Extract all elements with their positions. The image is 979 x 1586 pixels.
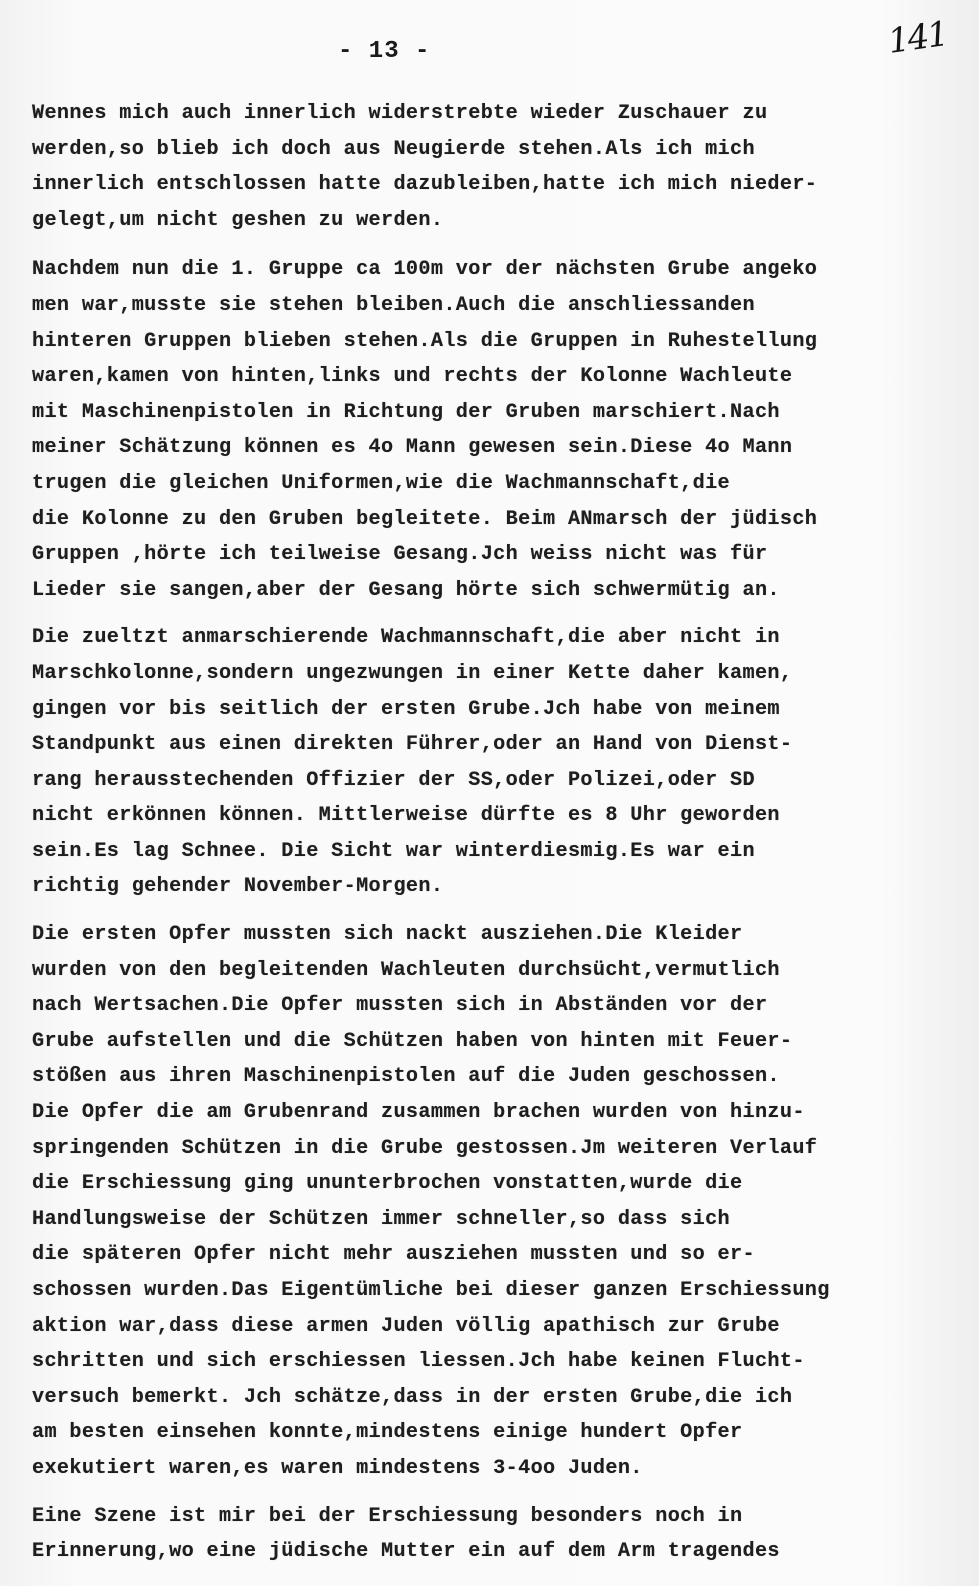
text-line: am besten einsehen konnte,mindestens ein… xyxy=(32,1415,962,1451)
text-line: nicht erkönnen können. Mittlerweise dürf… xyxy=(32,798,962,834)
text-line: stößen aus ihren Maschinenpistolen auf d… xyxy=(32,1059,962,1095)
text-line: Nachdem nun die 1. Gruppe ca 100m vor de… xyxy=(32,252,962,288)
text-line: gingen vor bis seitlich der ersten Grube… xyxy=(32,692,962,728)
text-line: rang herausstechenden Offizier der SS,od… xyxy=(32,763,962,799)
text-line: Gruppen ,hörte ich teilweise Gesang.Jch … xyxy=(32,537,962,573)
text-line: nach Wertsachen.Die Opfer mussten sich i… xyxy=(32,988,962,1024)
text-line: Eine Szene ist mir bei der Erschiessung … xyxy=(32,1499,962,1535)
text-line: Erinnerung,wo eine jüdische Mutter ein a… xyxy=(32,1534,962,1570)
text-line: aktion war,dass diese armen Juden völlig… xyxy=(32,1309,962,1345)
text-line: richtig gehender November-Morgen. xyxy=(32,869,962,905)
text-line: Die ersten Opfer mussten sich nackt ausz… xyxy=(32,917,962,953)
paragraph: Wennes mich auch innerlich widerstrebte … xyxy=(32,96,962,238)
text-line: Die Opfer die am Grubenrand zusammen bra… xyxy=(32,1095,962,1131)
text-line: innerlich entschlossen hatte dazubleiben… xyxy=(32,167,962,203)
text-line: Marschkolonne,sondern ungezwungen in ein… xyxy=(32,656,962,692)
handwritten-archive-number: 141 xyxy=(886,14,950,62)
text-line: Grube aufstellen und die Schützen haben … xyxy=(32,1024,962,1060)
paragraph: Die ersten Opfer mussten sich nackt ausz… xyxy=(32,917,962,1487)
text-line: Die zueltzt anmarschierende Wachmannscha… xyxy=(32,620,962,656)
paragraph: Die zueltzt anmarschierende Wachmannscha… xyxy=(32,620,962,905)
text-line: Handlungsweise der Schützen immer schnel… xyxy=(32,1202,962,1238)
text-line: die Kolonne zu den Gruben begleitete. Be… xyxy=(32,502,962,538)
text-line: schossen wurden.Das Eigentümliche bei di… xyxy=(32,1273,962,1309)
text-line: springenden Schützen in die Grube gestos… xyxy=(32,1131,962,1167)
text-line: mit Maschinenpistolen in Richtung der Gr… xyxy=(32,395,962,431)
paragraph: Nachdem nun die 1. Gruppe ca 100m vor de… xyxy=(32,252,962,608)
typewritten-body: Wennes mich auch innerlich widerstrebte … xyxy=(32,96,962,1582)
text-line: sein.Es lag Schnee. Die Sicht war winter… xyxy=(32,834,962,870)
paragraph: Eine Szene ist mir bei der Erschiessung … xyxy=(32,1499,962,1570)
text-line: werden,so blieb ich doch aus Neugierde s… xyxy=(32,132,962,168)
text-line: Wennes mich auch innerlich widerstrebte … xyxy=(32,96,962,132)
text-line: die späteren Opfer nicht mehr ausziehen … xyxy=(32,1237,962,1273)
text-line: meiner Schätzung können es 4o Mann gewes… xyxy=(32,430,962,466)
text-line: wurden von den begleitenden Wachleuten d… xyxy=(32,953,962,989)
text-line: men war,musste sie stehen bleiben.Auch d… xyxy=(32,288,962,324)
text-line: die Erschiessung ging ununterbrochen von… xyxy=(32,1166,962,1202)
text-line: exekutiert waren,es waren mindestens 3-4… xyxy=(32,1451,962,1487)
document-page: - 13 - 141 Wennes mich auch innerlich wi… xyxy=(0,0,979,1586)
text-line: Lieder sie sangen,aber der Gesang hörte … xyxy=(32,573,962,609)
text-line: versuch bemerkt. Jch schätze,dass in der… xyxy=(32,1380,962,1416)
text-line: hinteren Gruppen blieben stehen.Als die … xyxy=(32,324,962,360)
text-line: trugen die gleichen Uniformen,wie die Wa… xyxy=(32,466,962,502)
text-line: schritten und sich erschiessen liessen.J… xyxy=(32,1344,962,1380)
text-line: waren,kamen von hinten,links und rechts … xyxy=(32,359,962,395)
page-number: - 13 - xyxy=(338,38,430,65)
text-line: gelegt,um nicht geshen zu werden. xyxy=(32,203,962,239)
text-line: Standpunkt aus einen direkten Führer,ode… xyxy=(32,727,962,763)
